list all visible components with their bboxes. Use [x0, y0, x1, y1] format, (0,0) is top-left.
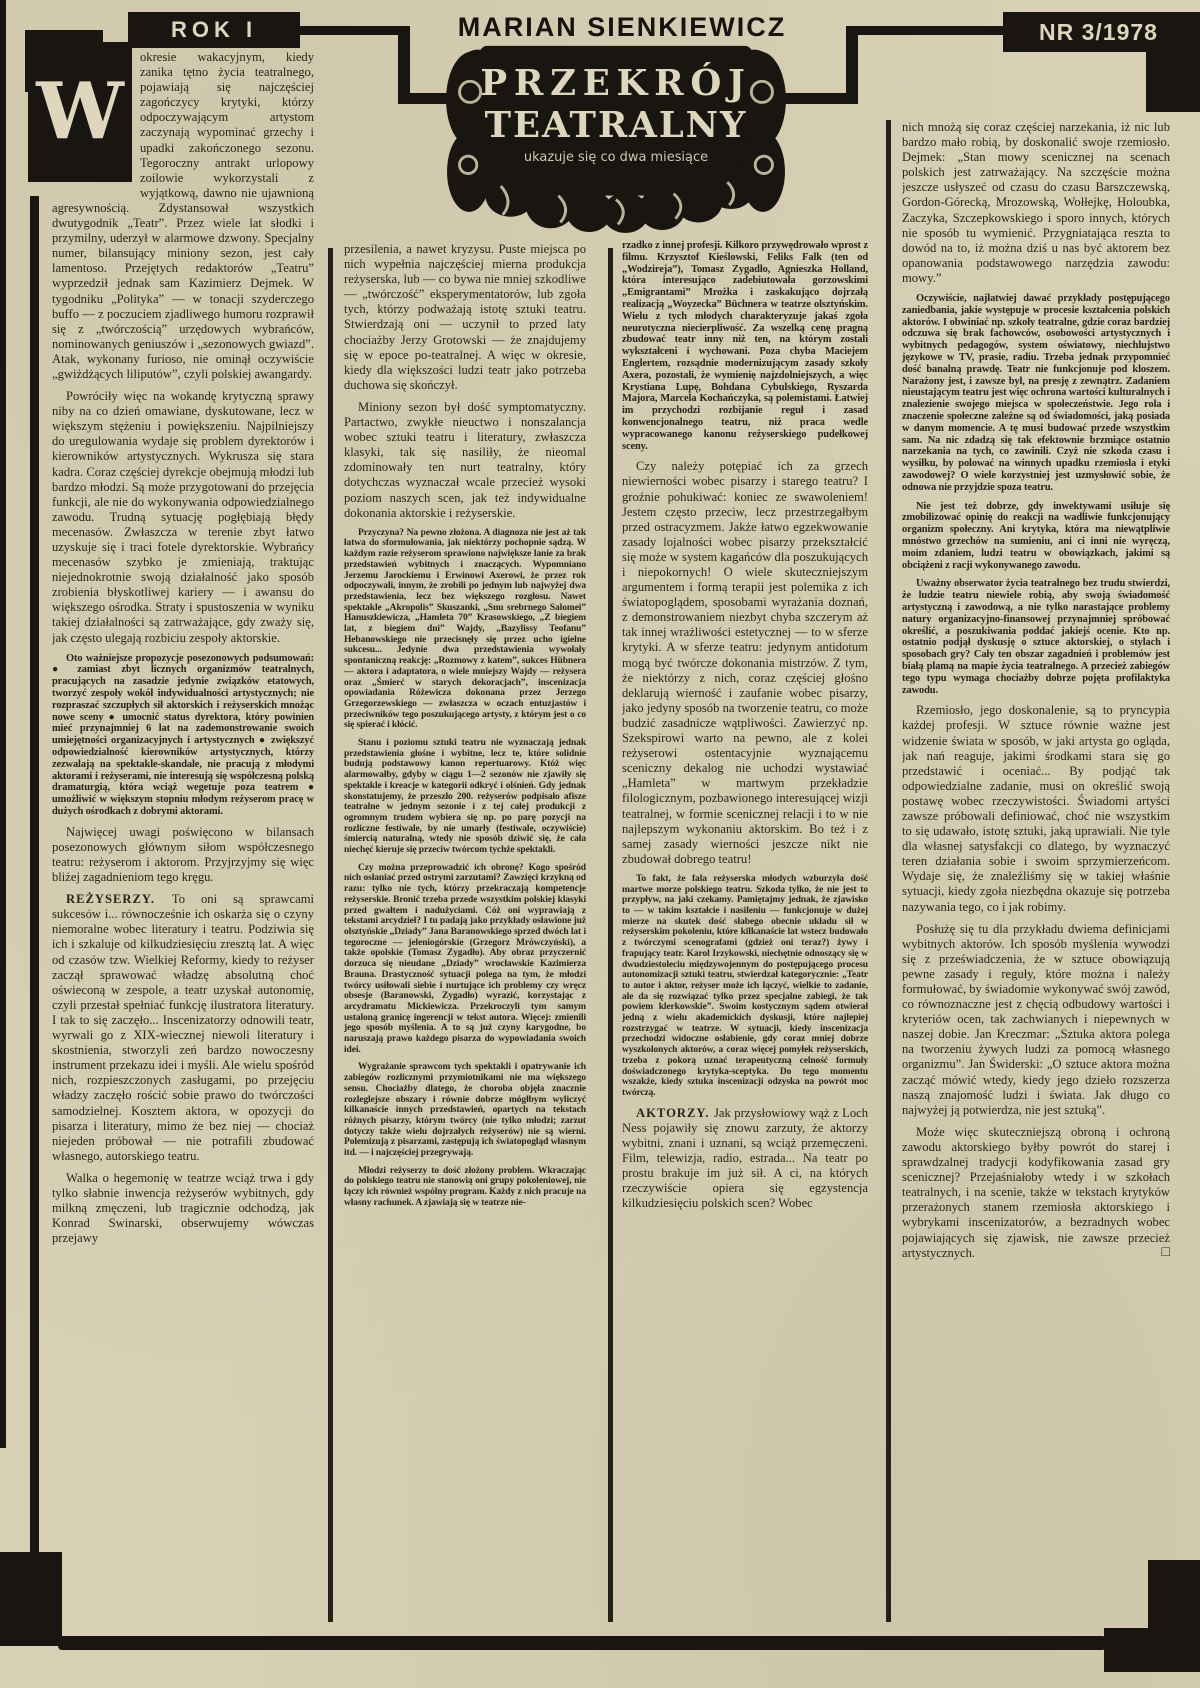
corner-block-top-right [1146, 50, 1200, 112]
article-paragraph: Posłużę się tu dla przykładu dwiema defi… [902, 922, 1170, 1118]
column-separator-1 [328, 248, 333, 1622]
column-separator-2 [608, 248, 613, 1622]
article-paragraph: AKTORZY. Jak przysłowiowy wąż z Loch Nes… [622, 1106, 868, 1212]
logo-subtitle: ukazuje się co dwa miesiące [524, 150, 708, 165]
paragraph-lead-in: REŻYSERZY. [66, 892, 172, 906]
column-separator-3 [886, 120, 891, 1622]
newspaper-page: { "page": { "paper_color": "#d7d0b5", "i… [0, 0, 1200, 1688]
bottom-border-rule [58, 1636, 1106, 1650]
article-paragraph: Miniony sezon był dość symptomatyczny. P… [344, 400, 586, 521]
article-paragraph: Powróciły więc na wokandę krytyczną spra… [52, 389, 314, 646]
article-paragraph: REŻYSERZY. To oni są sprawcami sukcesów … [52, 892, 314, 1164]
article-paragraph: przesilenia, a nawet kryzysu. Puste miej… [344, 242, 586, 393]
article-paragraph: Stanu i poziomu sztuki teatru nie wyznac… [344, 738, 586, 856]
paragraph-lead-in: AKTORZY. [636, 1106, 714, 1120]
header-rule-left [296, 26, 402, 35]
article-paragraph: Rzemiosło, jego doskonalenie, są to pryn… [902, 703, 1170, 914]
article-paragraph: Czy należy potępiać ich za grzech niewie… [622, 459, 868, 867]
article-paragraph: Walka o hegemonię w teatrze wciąż trwa i… [52, 1171, 314, 1246]
article-paragraph: rzadko z innej profesji. Kilkoro przywęd… [622, 240, 868, 452]
article-paragraph: Może więc skuteczniejszą obroną i ochron… [902, 1125, 1170, 1261]
issue-badge: NR 3/1978 [1003, 12, 1200, 52]
year-badge-label: ROK I [171, 17, 257, 43]
article-paragraph: Oto ważniejsze propozycje posezonowych p… [52, 653, 314, 818]
article-end-mark: □ [1148, 1246, 1170, 1260]
article-column-1: okresie wakacyjnym, kiedy zanika tętno ż… [52, 50, 314, 1630]
right-border-rule [0, 0, 6, 1448]
author-name: MARIAN SIENKIEWICZ [420, 12, 824, 43]
issue-badge-label: NR 3/1978 [1003, 19, 1158, 46]
corner-block-bottom-right-1 [1104, 1628, 1200, 1672]
dropcap-spacer [52, 50, 140, 186]
article-paragraph: Przyczyna? Na pewno złożona. A diagnoza … [344, 528, 586, 731]
left-border-rule [30, 196, 39, 1552]
masthead-logo: PRZEKRÓJ TEATRALNY ukazuje się co dwa mi… [437, 42, 795, 234]
article-paragraph: okresie wakacyjnym, kiedy zanika tętno ż… [52, 50, 314, 382]
article-column-3: rzadko z innej profesji. Kilkoro przywęd… [622, 240, 868, 1628]
article-paragraph: Najwięcej uwagi poświęcono w bilansach p… [52, 825, 314, 885]
year-badge: ROK I [128, 12, 300, 48]
article-paragraph: Nie jest też dobrze, gdy inwektywami usi… [902, 501, 1170, 572]
article-paragraph: Młodzi reżyserzy to dość złożony problem… [344, 1166, 586, 1209]
logo-title-line2: TEATRALNY [485, 105, 748, 146]
article-column-2: przesilenia, a nawet kryzysu. Puste miej… [344, 242, 586, 1628]
article-paragraph: nich mnożą się coraz częściej narzekania… [902, 120, 1170, 286]
article-paragraph: Czy można przeprowadzić ich obronę? Kogo… [344, 863, 586, 1056]
article-paragraph: Uważny obserwator życia teatralnego bez … [902, 578, 1170, 696]
article-paragraph: Wygrażanie sprawcom tych spektakli i opa… [344, 1062, 586, 1158]
article-column-4: nich mnożą się coraz częściej narzekania… [902, 120, 1170, 1628]
article-paragraph: Oczywiście, najłatwiej dawać przykłady p… [902, 293, 1170, 494]
header-rule-right [852, 26, 1008, 35]
logo-title-line1: PRZEKRÓJ [480, 62, 751, 104]
article-paragraph: To fakt, że fala reżyserska młodych wzbu… [622, 874, 868, 1099]
